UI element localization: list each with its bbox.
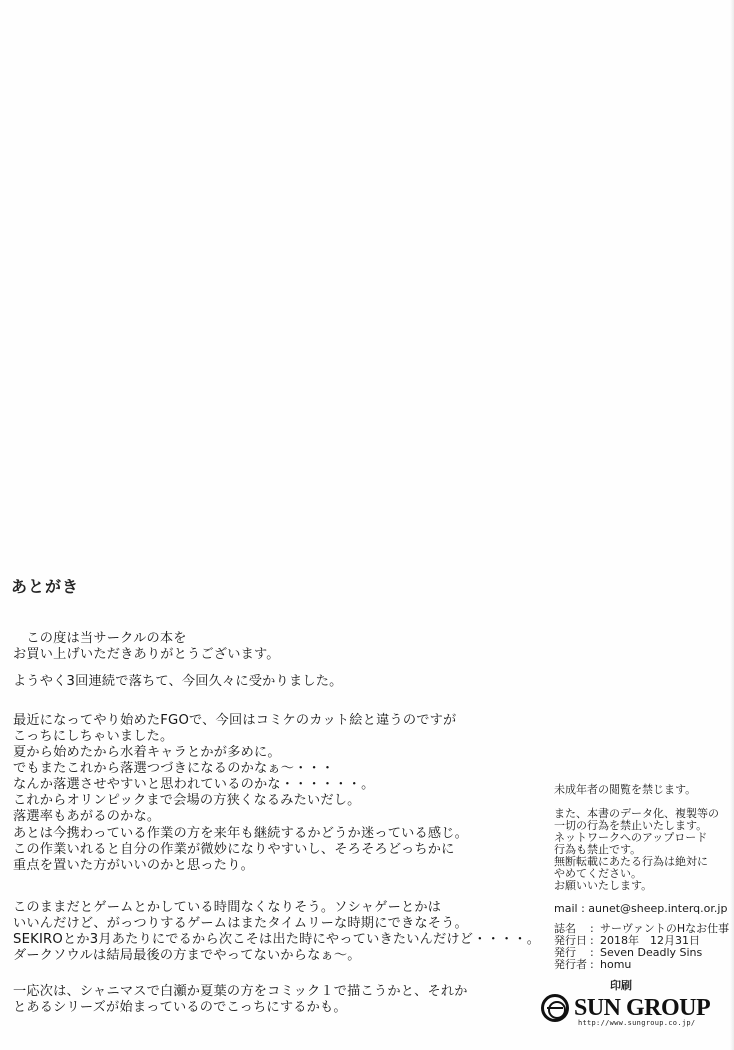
afterword-heading: あとがき bbox=[11, 574, 79, 597]
age-restriction-notice: 未成年者の閲覧を禁じます。 bbox=[554, 784, 696, 796]
afterword-paragraph: 一応次は、シャニマスで白瀬か夏葉の方をコミック１で描こうかと、それか とあるシリ… bbox=[13, 984, 468, 1016]
colophon-separator: : bbox=[590, 959, 600, 971]
printer-label: 印刷 bbox=[610, 977, 632, 993]
colophon: 誌名 : サーヴァントのHなお仕事 発行日 : 2018年 12月31日 発行 … bbox=[554, 923, 729, 971]
printer-logo-text: SUN GROUP bbox=[574, 996, 710, 1020]
printer-url: http://www.sungroup.co.jp/ bbox=[578, 1019, 695, 1027]
afterword-paragraph: この度は当サークルの本を お買い上げいただきありがとうございます。 bbox=[13, 631, 280, 663]
sun-group-logo-icon bbox=[541, 994, 569, 1022]
contact-mail: mail : aunet@sheep.interq.or.jp bbox=[554, 902, 727, 915]
afterword-paragraph: ようやく3回連続で落ちて、今回久々に受かりました。 bbox=[13, 674, 343, 690]
copyright-notice: また、本書のデータ化、複製等の 一切の行為を禁止いたします。 ネットワークへのア… bbox=[554, 808, 719, 892]
page-edge-shadow bbox=[730, 0, 734, 1050]
afterword-paragraph: あとは今携わっている作業の方を来年も継続するかどうか迷っている感じ。 この作業い… bbox=[13, 826, 468, 874]
colophon-value: homu bbox=[600, 959, 631, 971]
afterword-paragraph: 最近になってやり始めたFGOで、今回はコミケのカット絵と違うのですが こっちにし… bbox=[13, 713, 456, 825]
afterword-paragraph: このままだとゲームとかしている時間なくなりそう。ソシャゲーとかは いいんだけど、… bbox=[13, 900, 540, 964]
colophon-key: 発行者 bbox=[554, 959, 590, 971]
colophon-row-author: 発行者 : homu bbox=[554, 959, 729, 971]
printer-logo: SUN GROUP bbox=[541, 994, 710, 1022]
